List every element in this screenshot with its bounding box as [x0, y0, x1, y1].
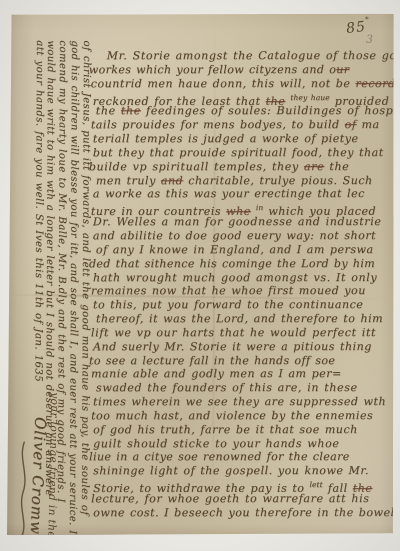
manuscript-line: to this, put you forward to the continua…: [93, 298, 395, 312]
manuscript-line: liue in a citye soe renowned for the cle…: [89, 451, 395, 465]
folio-number-value: 85: [345, 19, 367, 37]
manuscript-line: of god his truth, farre be it that soe m…: [93, 423, 395, 437]
manuscript-line: shininge light of the gospell. you knowe…: [93, 464, 395, 478]
manuscript-line: too much hast, and violence by the ennem…: [91, 409, 395, 423]
manuscript-photo: 85* 3 Mr. Storie amongst the Catalogue o…: [0, 0, 400, 551]
manuscript-line: And suerly Mr. Storie it were a pitious …: [93, 340, 395, 354]
manuscript-line: hath wrought much good amongst vs. It on…: [93, 271, 395, 285]
manuscript-line: the the feedinges of soules: Buildinges …: [96, 104, 395, 118]
manuscript-line: workes which your fellow cityzens and ou…: [89, 63, 395, 77]
manuscript-line: teriall temples is judged a worke of pie…: [93, 132, 395, 146]
manuscript-line: countrid men haue donn, this will, not b…: [91, 77, 395, 91]
manuscript-line: remaines now that he whoe first moued yo…: [91, 284, 395, 298]
manuscript-line: thereof, it was the Lord, and therefore …: [96, 312, 395, 326]
manuscript-line: tails prouides for mens bodyes, to build…: [91, 118, 395, 132]
margin-line: god his children will blesse you for itt…: [66, 40, 80, 534]
manuscript-line: to see a lecture fall in the hands off s…: [89, 354, 395, 368]
margin-line: of christ Jesus, putt itt forwards, and …: [78, 40, 92, 534]
manuscript-line: a worke as this was your erectinge that …: [93, 187, 395, 201]
letter-paper: 85* 3 Mr. Storie amongst the Catalogue o…: [6, 12, 395, 537]
manuscript-line: of any I knowe in England, and I am pers…: [96, 243, 395, 257]
manuscript-line: men truly and charitable, trulye pious. …: [96, 174, 395, 188]
manuscript-line: builde vp spirituall temples, they are t…: [89, 160, 395, 174]
manuscript-line: times wherein we see they are suppressed…: [93, 395, 395, 409]
manuscript-line: Dr. Welles a man for goodnesse and indus…: [93, 215, 395, 229]
manuscript-line: ded that sithence his cominge the Lord b…: [89, 257, 395, 271]
manuscript-line: and abilitie to doe good euery way: not …: [93, 229, 395, 243]
manuscript-line: lecture, for whoe goeth to warrefare att…: [91, 492, 395, 506]
manuscript-line: ture in our countreis whe in which you p…: [91, 201, 395, 215]
page-number: 3: [366, 33, 373, 46]
manuscript-line: but they that prouide spirituall food, t…: [93, 146, 395, 160]
manuscript-line: Mr. Storie amongst the Catalogue of thos…: [93, 49, 395, 63]
manuscript-line: manie able and godly men as I am per=: [91, 367, 395, 381]
manuscript-line: swaded the founders of this are, in thes…: [96, 381, 395, 395]
manuscript-line: Storie, to withdrawe the pay is to lett …: [93, 478, 395, 492]
folio-mark: *: [365, 15, 369, 23]
manuscript-line: reckoned for the least that the they hau…: [93, 91, 395, 105]
signature-flourish: [16, 440, 30, 551]
manuscript-line: guilt should sticke to your hands whoe: [93, 437, 395, 451]
manuscript-line: owne cost. I beseech you therefore in th…: [93, 506, 395, 520]
letter-body: Mr. Storie amongst the Catalogue of thos…: [93, 49, 395, 520]
manuscript-line: lift we vp our harts that he would perfe…: [91, 326, 395, 340]
